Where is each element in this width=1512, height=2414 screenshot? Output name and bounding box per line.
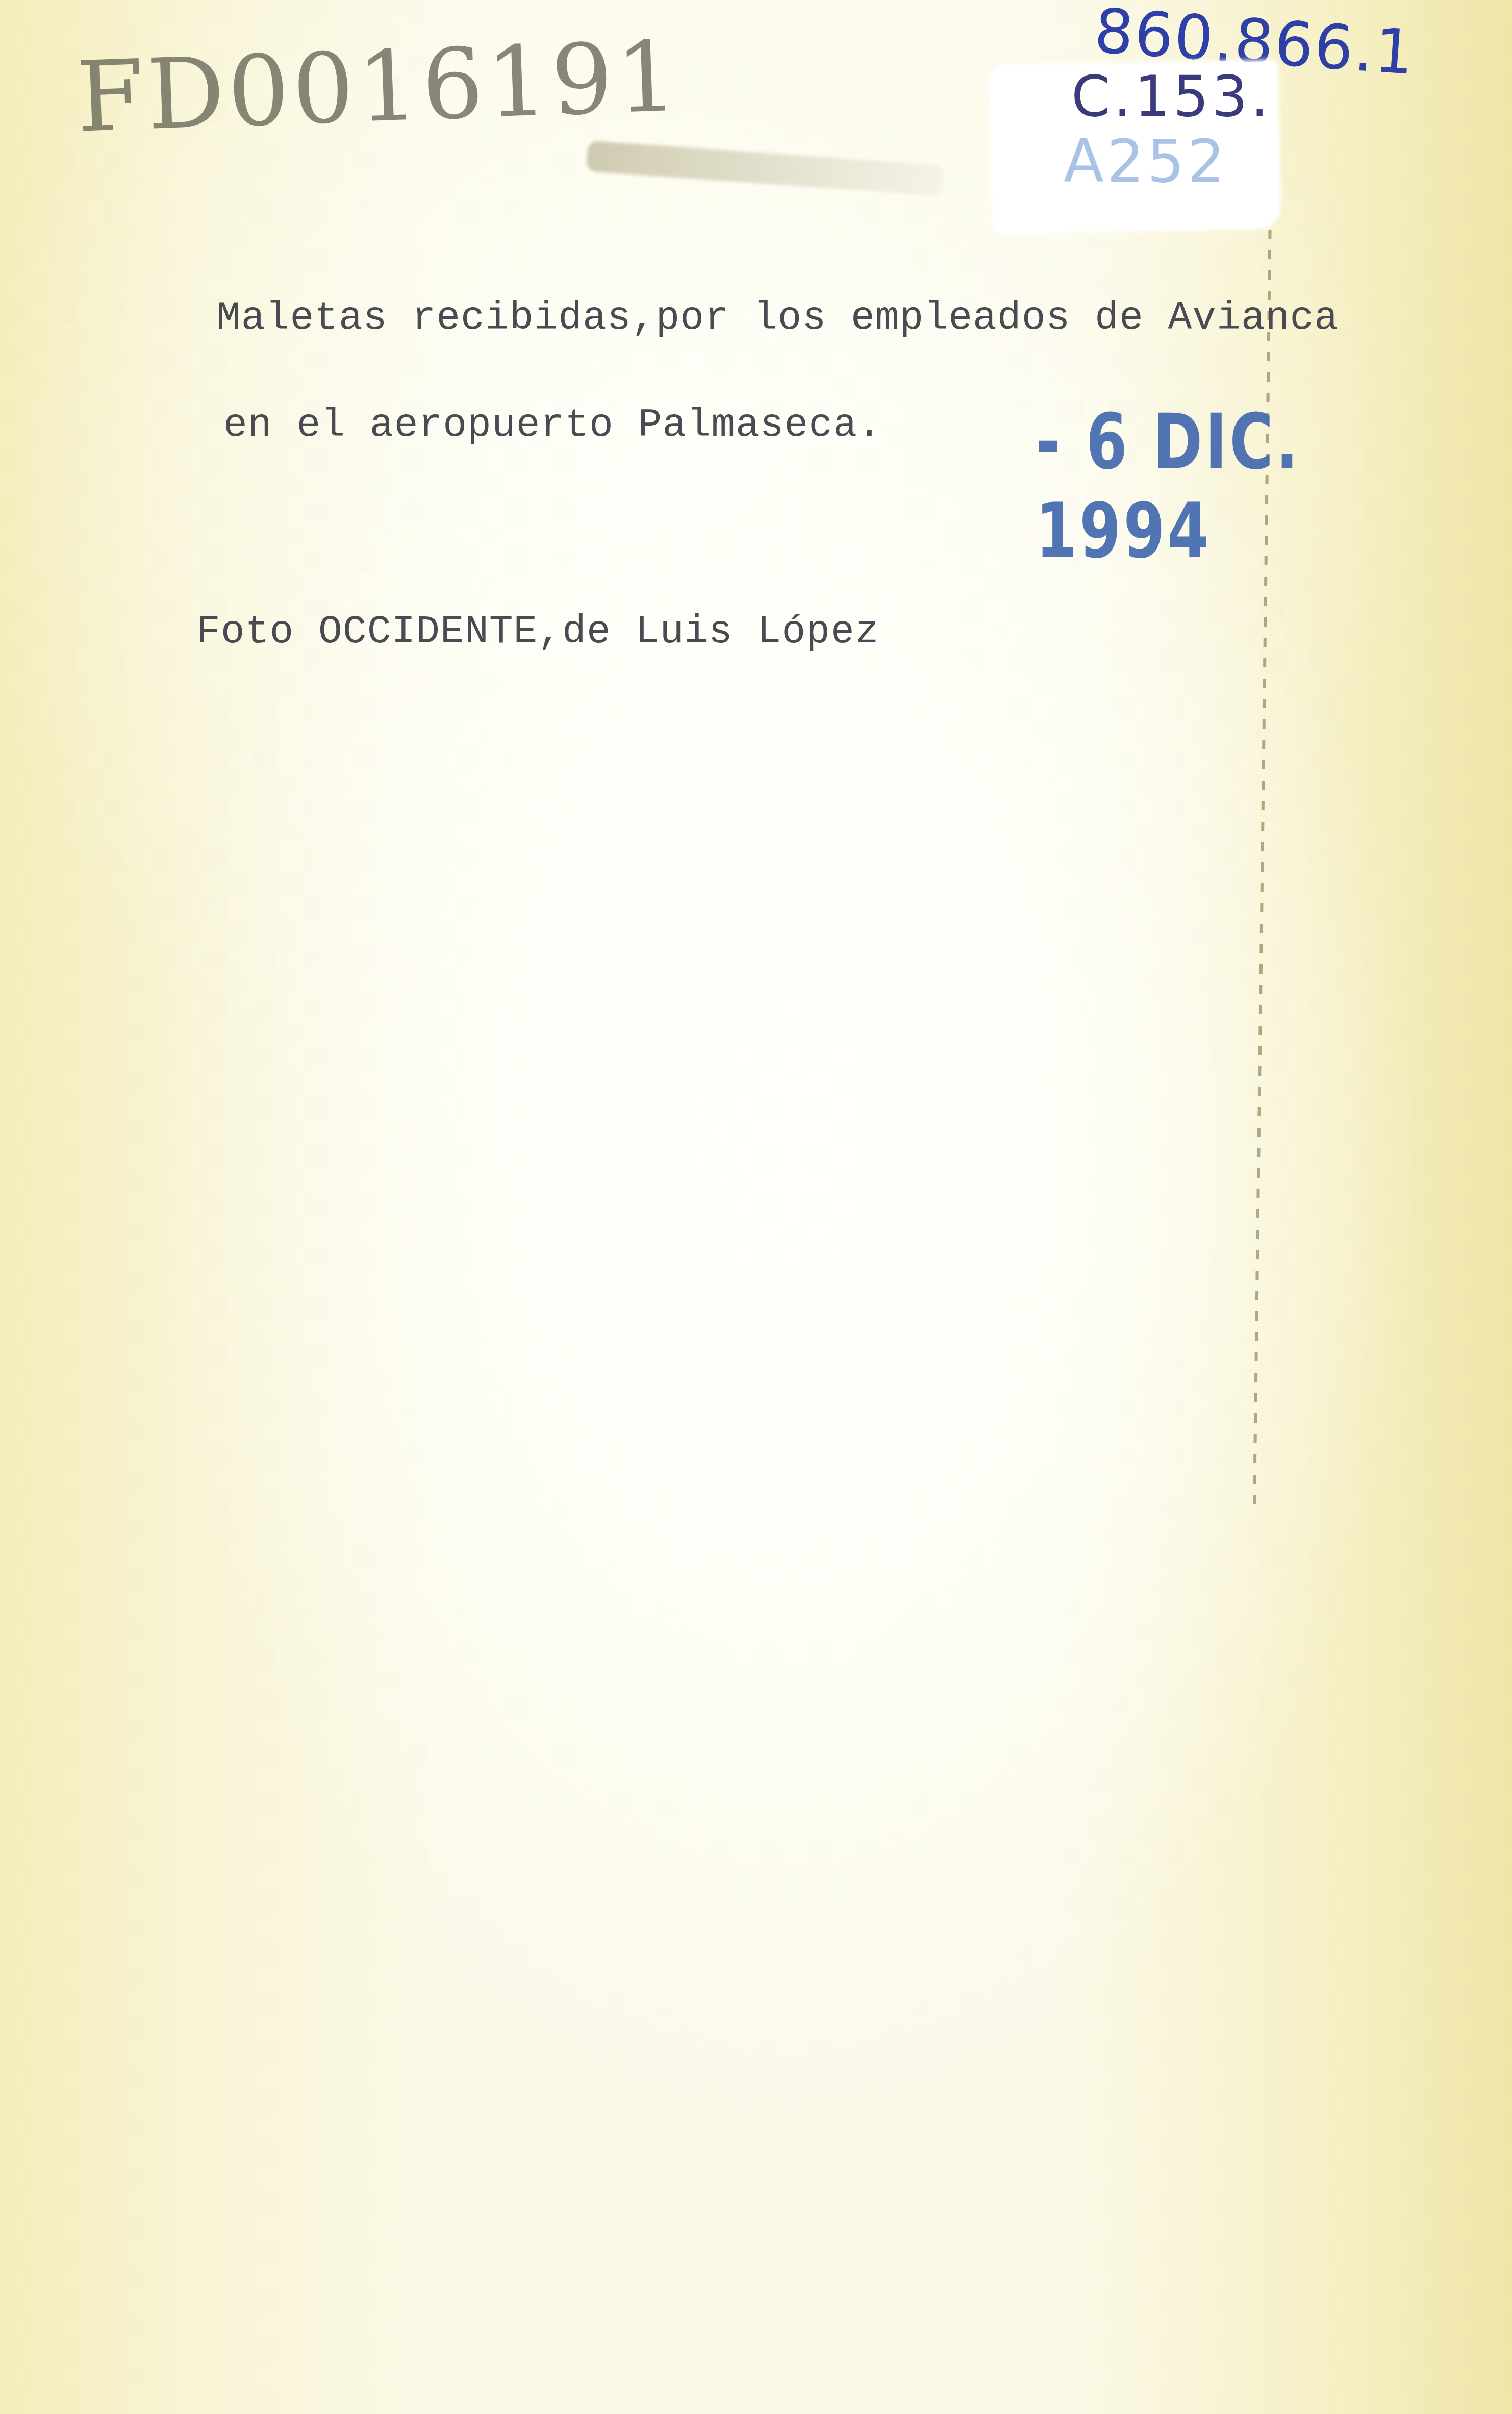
photo-back-paper [0,0,1512,2414]
faded-archive-code: A252 [1064,128,1228,196]
caption-line-1: Maletas recibidas,por los empleados de A… [217,296,1339,341]
caption-line-2: en el aeropuerto Palmaseca. [223,403,882,448]
pencil-catalog-id: FD0016191 [75,20,683,154]
handwritten-box-code: C.153. [1071,64,1272,129]
photo-credit: Foto OCCIDENTE,de Luis López [196,610,879,655]
date-stamp: - 6 DIC. 1994 [1036,398,1407,576]
